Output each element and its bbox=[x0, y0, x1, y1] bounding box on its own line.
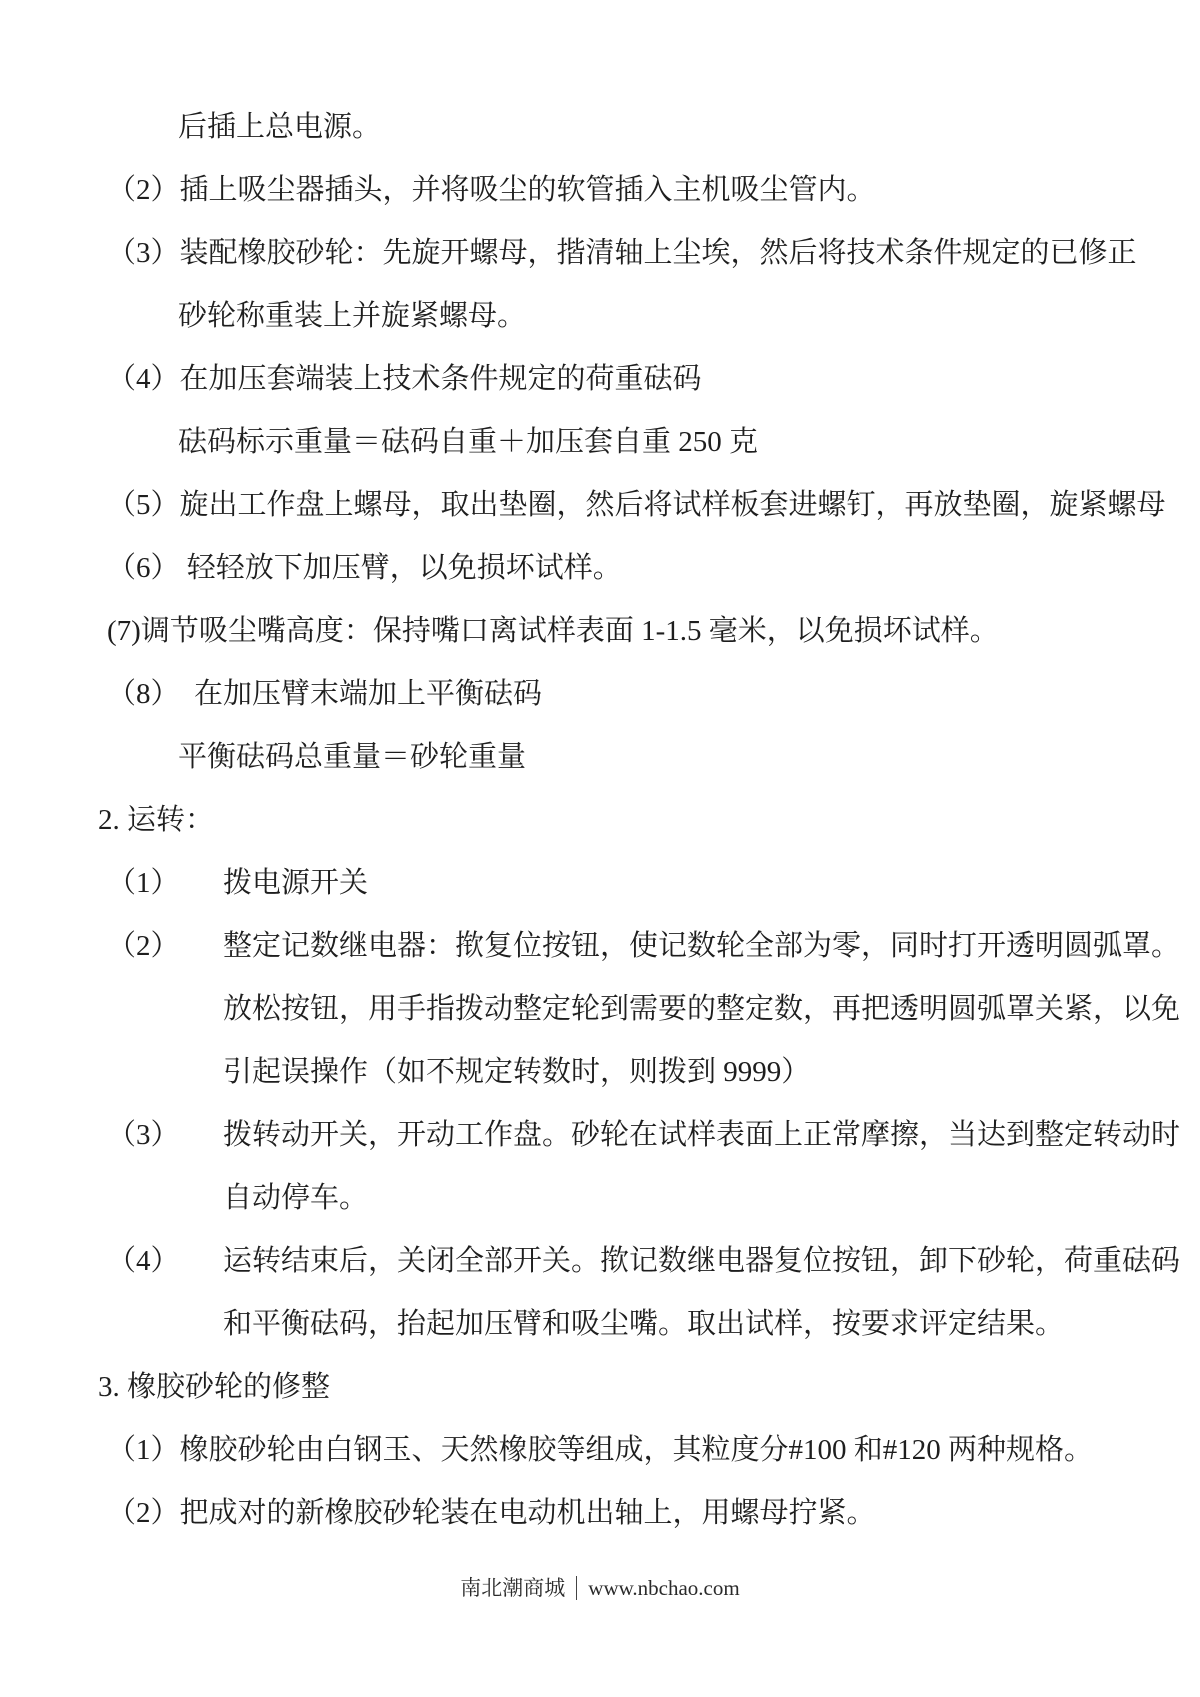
text-line: （3）装配橡胶砂轮：先旋开螺母，揩清轴上尘埃，然后将技术条件规定的已修正 bbox=[0, 222, 1200, 285]
text-line: 平衡砝码总重量＝砂轮重量 bbox=[0, 726, 1200, 789]
text-line: 自动停车。 bbox=[0, 1167, 1200, 1230]
text-line: 3. 橡胶砂轮的修整 bbox=[0, 1356, 1200, 1419]
text-line: （6） 轻轻放下加压臂，以免损坏试样。 bbox=[0, 537, 1200, 600]
text-line: （2） 整定记数继电器：揿复位按钮，使记数轮全部为零，同时打开透明圆弧罩。 bbox=[0, 915, 1200, 978]
text-line: 2. 运转： bbox=[0, 789, 1200, 852]
text-line: （2）插上吸尘器插头，并将吸尘的软管插入主机吸尘管内。 bbox=[0, 159, 1200, 222]
text-line: 和平衡砝码，抬起加压臂和吸尘嘴。取出试样，按要求评定结果。 bbox=[0, 1293, 1200, 1356]
text-line: （4）在加压套端装上技术条件规定的荷重砝码 bbox=[0, 348, 1200, 411]
text-line: （2）把成对的新橡胶砂轮装在电动机出轴上，用螺母拧紧。 bbox=[0, 1482, 1200, 1545]
text-line: （1） 拨电源开关 bbox=[0, 852, 1200, 915]
text-line: 砝码标示重量＝砝码自重＋加压套自重 250 克 bbox=[0, 411, 1200, 474]
text-line: （3） 拨转动开关，开动工作盘。砂轮在试样表面上正常摩擦，当达到整定转动时 bbox=[0, 1104, 1200, 1167]
text-line: 引起误操作（如不规定转数时，则拨到 9999） bbox=[0, 1041, 1200, 1104]
footer-site-name: 南北潮商城 bbox=[460, 1576, 565, 1600]
text-line: 放松按钮，用手指拨动整定轮到需要的整定数，再把透明圆弧罩关紧，以免 bbox=[0, 978, 1200, 1041]
text-line: 砂轮称重装上并旋紧螺母。 bbox=[0, 285, 1200, 348]
text-line: 后插上总电源。 bbox=[0, 96, 1200, 159]
document-page: 后插上总电源。（2）插上吸尘器插头，并将吸尘的软管插入主机吸尘管内。（3）装配橡… bbox=[0, 0, 1200, 1697]
text-line: （8） 在加压臂末端加上平衡砝码 bbox=[0, 663, 1200, 726]
text-line: （4） 运转结束后，关闭全部开关。揿记数继电器复位按钮，卸下砂轮，荷重砝码 bbox=[0, 1230, 1200, 1293]
document-body: 后插上总电源。（2）插上吸尘器插头，并将吸尘的软管插入主机吸尘管内。（3）装配橡… bbox=[0, 96, 1200, 1545]
text-line: （1）橡胶砂轮由白钢玉、天然橡胶等组成，其粒度分#100 和#120 两种规格。 bbox=[0, 1419, 1200, 1482]
text-line: （5）旋出工作盘上螺母，取出垫圈，然后将试样板套进螺钉，再放垫圈，旋紧螺母 bbox=[0, 474, 1200, 537]
footer-url: www.nbchao.com bbox=[588, 1576, 739, 1600]
footer-divider-bar bbox=[576, 1576, 577, 1600]
text-line: (7)调节吸尘嘴高度：保持嘴口离试样表面 1-1.5 毫米，以免损坏试样。 bbox=[0, 600, 1200, 663]
page-footer: 南北潮商城www.nbchao.com bbox=[0, 1572, 1200, 1602]
